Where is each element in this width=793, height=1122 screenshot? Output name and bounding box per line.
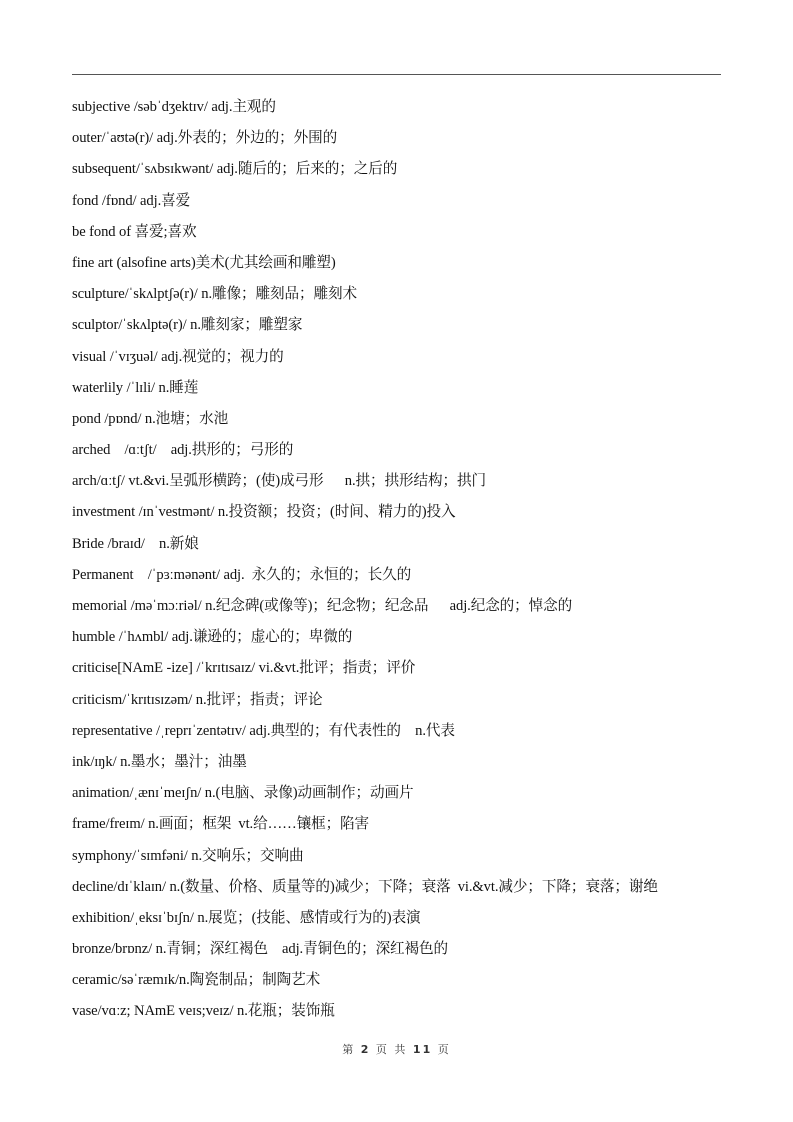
- footer-prefix: 第: [342, 1043, 355, 1056]
- vocab-entry: vase/vɑːz; NAmE veɪs;veɪz/ n.花瓶；装饰瓶: [72, 1000, 752, 1031]
- vocab-entry: be fond of 喜爱;喜欢: [72, 221, 752, 252]
- vocab-entry: ink/ɪŋk/ n.墨水；墨汁；油墨: [72, 751, 752, 782]
- vocab-entry: memorial /məˈmɔːriəl/ n.纪念碑(或像等)；纪念物；纪念品…: [72, 595, 752, 626]
- vocab-entry: pond /pɒnd/ n.池塘；水池: [72, 408, 752, 439]
- footer-middle: 页 共: [376, 1043, 408, 1056]
- vocab-entry: frame/freɪm/ n.画面；框架 vt.给……镶框；陷害: [72, 813, 752, 844]
- vocab-entry: animation/ˌænɪˈmeɪʃn/ n.(电脑、录像)动画制作；动画片: [72, 782, 752, 813]
- vocab-entry: Bride /braɪd/ n.新娘: [72, 533, 752, 564]
- vocab-entry: subjective /səbˈdʒektɪv/ adj.主观的: [72, 96, 752, 127]
- vocab-entry: investment /ɪnˈvestmənt/ n.投资额；投资；(时间、精力…: [72, 501, 752, 532]
- vocab-entry: outer/ˈaʊtə(r)/ adj.外表的；外边的；外围的: [72, 127, 752, 158]
- footer-suffix: 页: [438, 1043, 451, 1056]
- vocab-entry: humble /ˈhʌmbl/ adj.谦逊的；虚心的；卑微的: [72, 626, 752, 657]
- vocab-entry: criticise[NAmE -ize] /ˈkrɪtɪsaɪz/ vi.&vt…: [72, 657, 752, 688]
- page-footer: 第 2 页 共 11 页: [0, 1041, 793, 1057]
- vocab-entry: fond /fɒnd/ adj.喜爱: [72, 190, 752, 221]
- vocab-entry: sculptor/ˈskʌlptə(r)/ n.雕刻家；雕塑家: [72, 314, 752, 345]
- vocab-entry: symphony/ˈsɪmfəni/ n.交响乐；交响曲: [72, 845, 752, 876]
- vocab-entry: subsequent/ˈsʌbsɪkwənt/ adj.随后的；后来的；之后的: [72, 158, 752, 189]
- total-page-count: 11: [413, 1043, 432, 1056]
- vocabulary-list: subjective /səbˈdʒektɪv/ adj.主观的 outer/ˈ…: [72, 96, 752, 1032]
- vocab-entry: arched /ɑːtʃt/ adj.拱形的；弓形的: [72, 439, 752, 470]
- vocab-entry: criticism/ˈkrɪtɪsɪzəm/ n.批评；指责；评论: [72, 689, 752, 720]
- vocab-entry: Permanent /ˈpɜːmənənt/ adj. 永久的；永恒的；长久的: [72, 564, 752, 595]
- vocab-entry: exhibition/ˌeksɪˈbɪʃn/ n.展览；(技能、感情或行为的)表…: [72, 907, 752, 938]
- vocab-entry: decline/dɪˈklaɪn/ n.(数量、价格、质量等的)减少；下降；衰落…: [72, 876, 752, 907]
- vocab-entry: visual /ˈvɪʒuəl/ adj.视觉的；视力的: [72, 346, 752, 377]
- vocab-entry: fine art (alsofine arts)美术(尤其绘画和雕塑): [72, 252, 752, 283]
- vocab-entry: arch/ɑːtʃ/ vt.&vi.呈弧形横跨；(使)成弓形 n.拱；拱形结构；…: [72, 470, 752, 501]
- vocab-entry: representative /ˌreprɪˈzentətɪv/ adj.典型的…: [72, 720, 752, 751]
- vocab-entry: bronze/brɒnz/ n.青铜；深红褐色 adj.青铜色的；深红褐色的: [72, 938, 752, 969]
- header-rule: [72, 74, 721, 75]
- vocab-entry: waterlily /ˈlɪli/ n.睡莲: [72, 377, 752, 408]
- vocab-entry: ceramic/səˈræmɪk/n.陶瓷制品；制陶艺术: [72, 969, 752, 1000]
- current-page-number: 2: [361, 1043, 371, 1056]
- vocab-entry: sculpture/ˈskʌlptʃə(r)/ n.雕像；雕刻品；雕刻术: [72, 283, 752, 314]
